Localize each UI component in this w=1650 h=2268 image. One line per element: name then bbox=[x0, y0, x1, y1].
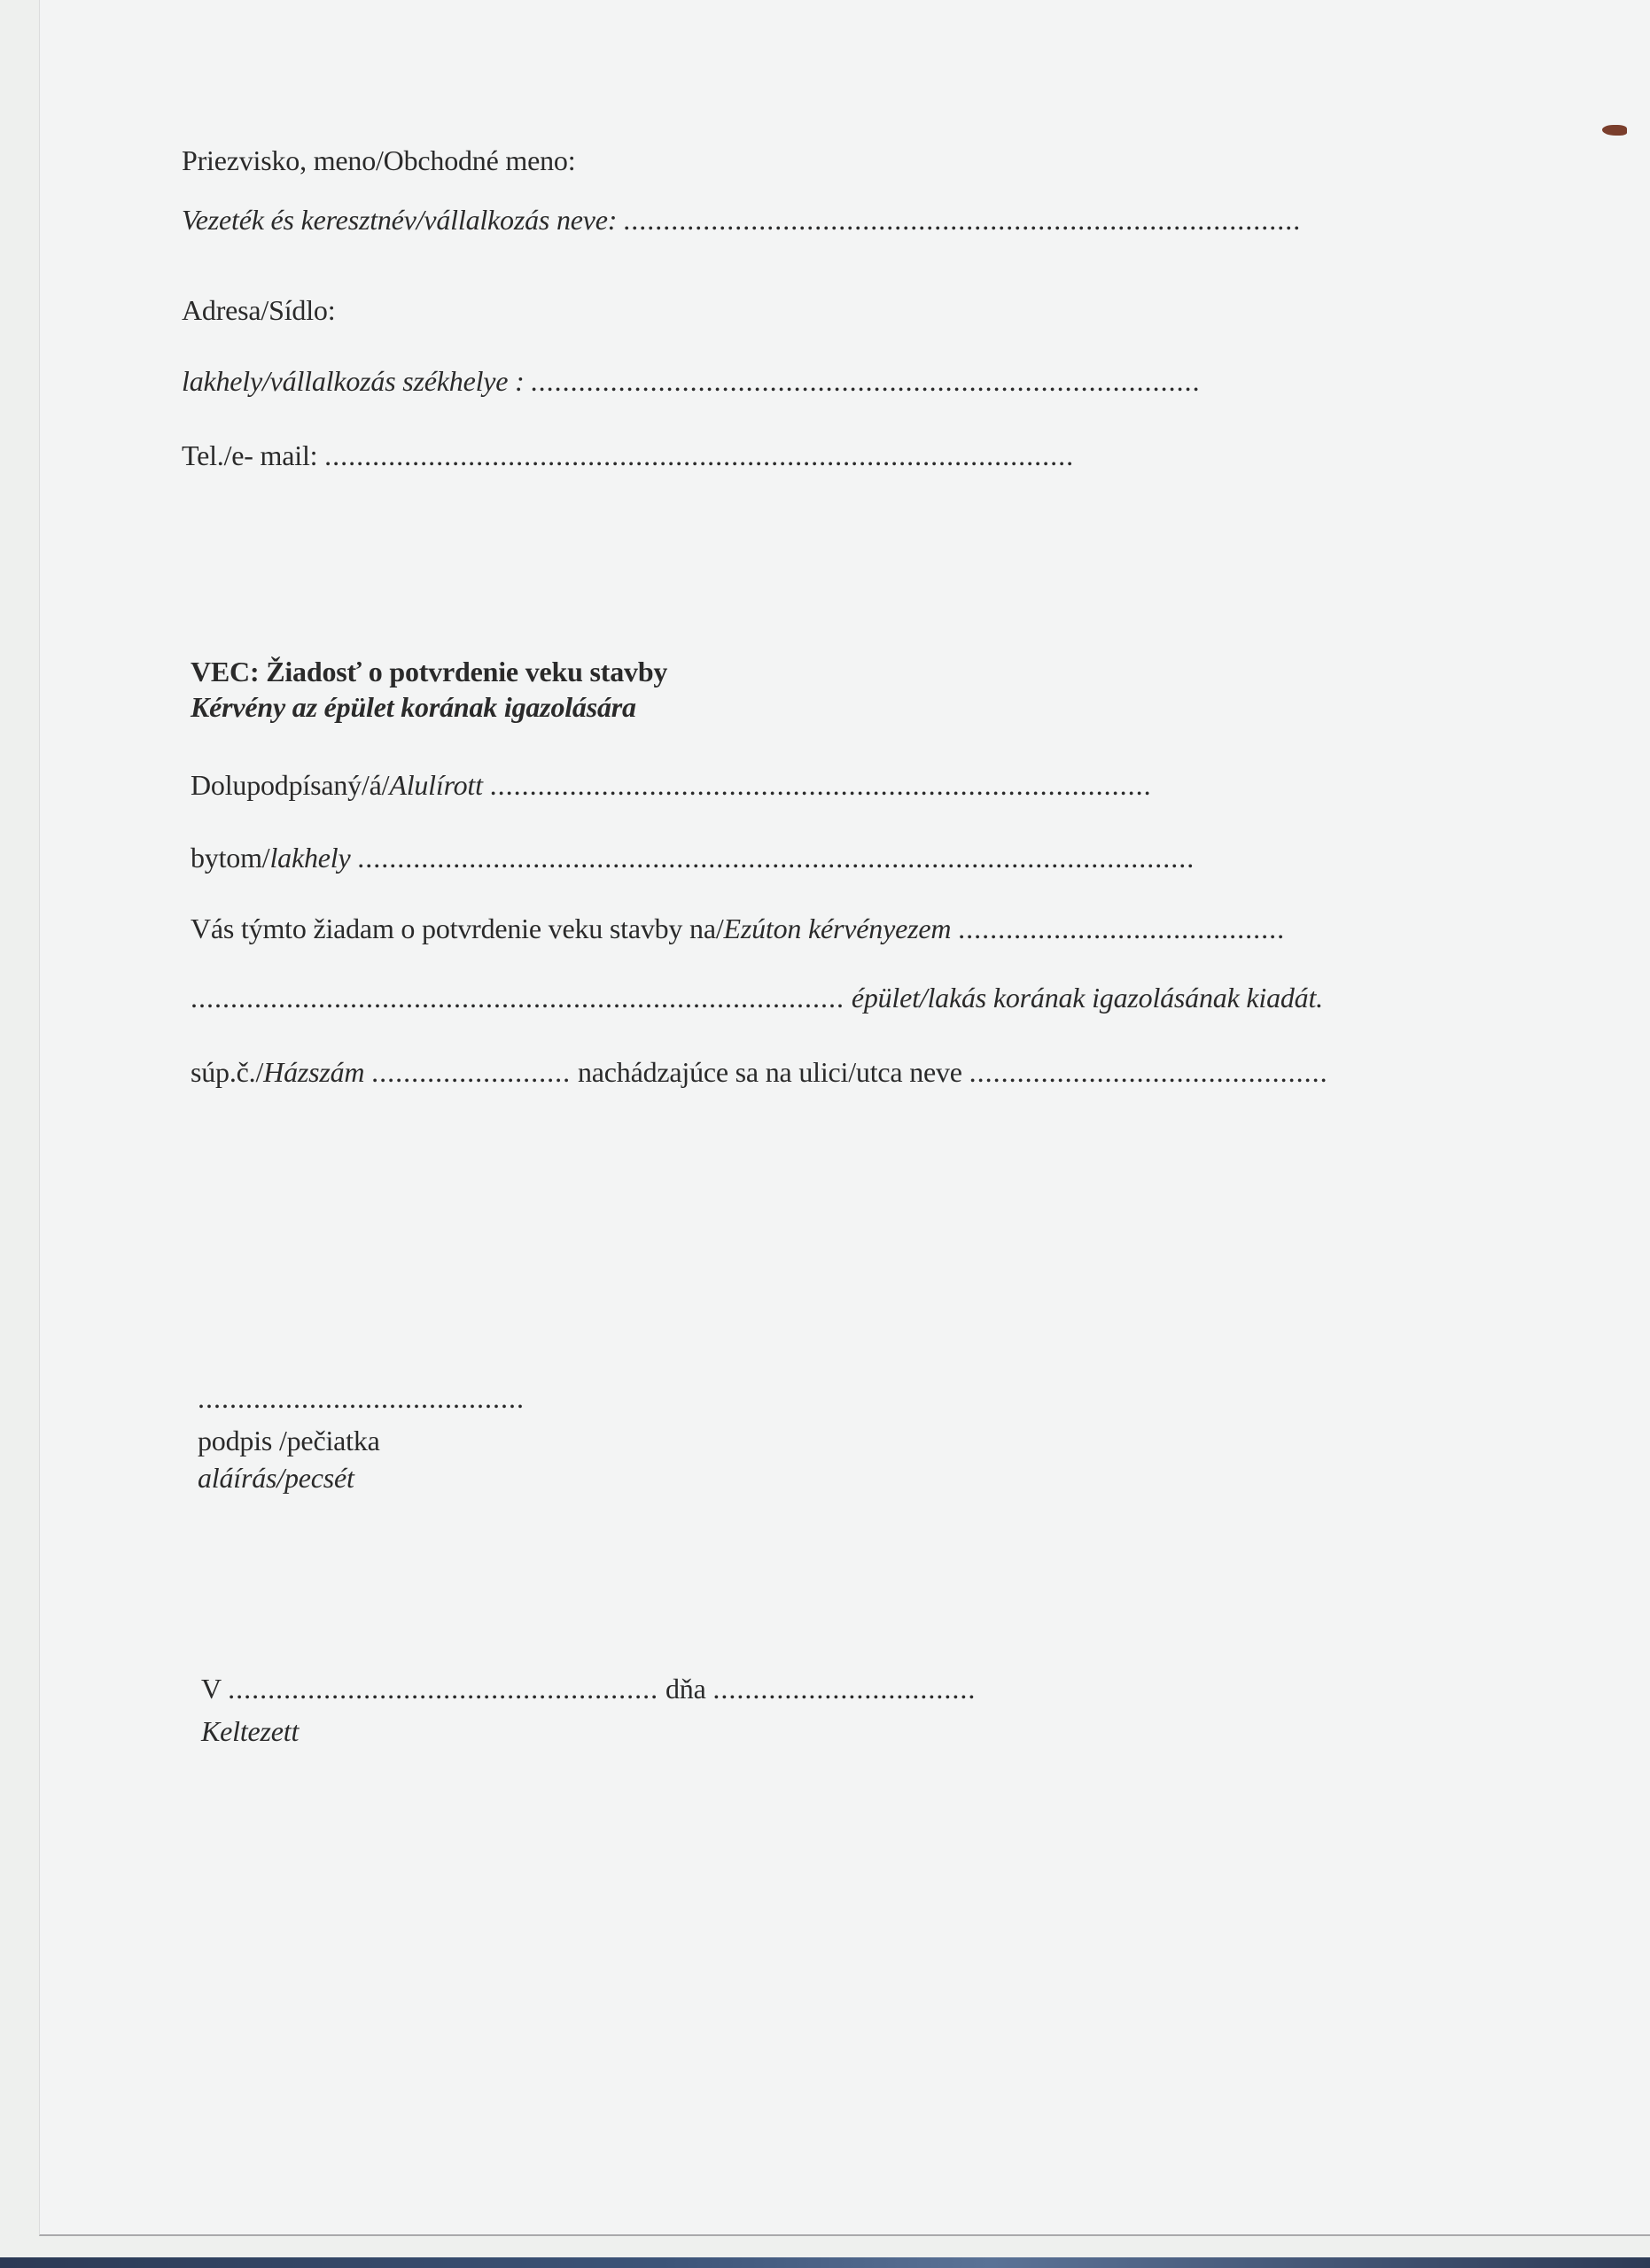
name-field-dots: ........................................… bbox=[624, 204, 1302, 236]
undersigned-label-hu: Alulírott bbox=[389, 769, 482, 801]
paper-speck bbox=[1602, 125, 1627, 136]
document-page: Priezvisko, meno/Obchodné meno: Vezeték … bbox=[39, 0, 1650, 2236]
contact-field-dots: ........................................… bbox=[324, 439, 1074, 471]
signature-label-hu: aláírás/pecsét bbox=[198, 1462, 354, 1495]
request-end-hu: épület/lakás korának igazolásának kiadát… bbox=[852, 982, 1323, 1014]
house-number-label-hu: Házszám bbox=[263, 1056, 364, 1088]
address-field-dots: ........................................… bbox=[531, 365, 1201, 397]
signature-label-hu-text: aláírás/pecsét bbox=[198, 1462, 354, 1494]
place-field-dots: ........................................… bbox=[228, 1673, 658, 1705]
name-field-row: Vezeték és keresztnév/vállalkozás neve: … bbox=[182, 204, 1302, 237]
building-field-dots: ........................................… bbox=[958, 913, 1285, 944]
date-label: dňa bbox=[665, 1673, 706, 1705]
residence-label-hu: lakhely bbox=[269, 842, 350, 874]
place-prefix: V bbox=[201, 1673, 221, 1705]
date-field-dots: ................................. bbox=[712, 1673, 976, 1705]
residence-label-sk: bytom/ bbox=[191, 842, 269, 874]
house-street-row: súp.č./Házszám .........................… bbox=[191, 1056, 1328, 1089]
street-field-dots: ........................................… bbox=[969, 1056, 1328, 1088]
date-place-label-hu: Keltezett bbox=[201, 1715, 299, 1748]
address-label-hu: lakhely/vállalkozás székhelye : bbox=[182, 365, 525, 397]
subject-title-sk: VEC: Žiadosť o potvrdenie veku stavby bbox=[191, 656, 667, 688]
contact-label: Tel./e- mail: bbox=[182, 439, 317, 471]
request-label-sk: Vás týmto žiadam o potvrdenie veku stavb… bbox=[191, 913, 724, 944]
residence-field-dots: ........................................… bbox=[357, 842, 1195, 874]
request-row: Vás týmto žiadam o potvrdenie veku stavb… bbox=[191, 913, 1285, 945]
undersigned-row: Dolupodpísaný/á/Alulírott ..............… bbox=[191, 769, 1152, 802]
undersigned-label-sk: Dolupodpísaný/á/ bbox=[191, 769, 389, 801]
date-place-label-hu-text: Keltezett bbox=[201, 1715, 299, 1747]
house-number-label-sk: súp.č./ bbox=[191, 1056, 263, 1088]
scanner-edge bbox=[0, 2257, 1650, 2268]
undersigned-field-dots: ........................................… bbox=[490, 769, 1152, 801]
signature-row: ........................................… bbox=[198, 1382, 525, 1415]
subject-title-hu-text: Kérvény az épület korának igazolására bbox=[191, 691, 636, 723]
address-label: Adresa/Sídlo: bbox=[182, 294, 335, 327]
street-label: nachádzajúce sa na ulici/utca neve bbox=[578, 1056, 962, 1088]
contact-field-row: Tel./e- mail: ..........................… bbox=[182, 439, 1074, 472]
request-continuation-row: ........................................… bbox=[191, 982, 1323, 1014]
residence-row: bytom/lakhely ..........................… bbox=[191, 842, 1195, 874]
subject-title-hu: Kérvény az épület korának igazolására bbox=[191, 691, 636, 724]
signature-field-dots: ........................................… bbox=[198, 1382, 525, 1414]
signature-label-sk: podpis /pečiatka bbox=[198, 1425, 380, 1457]
address-field-row: lakhely/vállalkozás székhelye : ........… bbox=[182, 365, 1201, 398]
name-label: Priezvisko, meno/Obchodné meno: bbox=[182, 144, 575, 177]
building-cont-field-dots: ........................................… bbox=[191, 982, 844, 1014]
name-label-text: Priezvisko, meno/Obchodné meno: bbox=[182, 144, 575, 176]
subject-title-sk-text: VEC: Žiadosť o potvrdenie veku stavby bbox=[191, 656, 667, 687]
address-label-text: Adresa/Sídlo: bbox=[182, 294, 335, 326]
signature-label-sk-text: podpis /pečiatka bbox=[198, 1425, 380, 1456]
date-place-row: V ......................................… bbox=[201, 1673, 976, 1705]
request-label-hu: Ezúton kérvényezem bbox=[724, 913, 952, 944]
house-number-field-dots: ......................... bbox=[371, 1056, 571, 1088]
name-label-hu: Vezeték és keresztnév/vállalkozás neve: bbox=[182, 204, 617, 236]
